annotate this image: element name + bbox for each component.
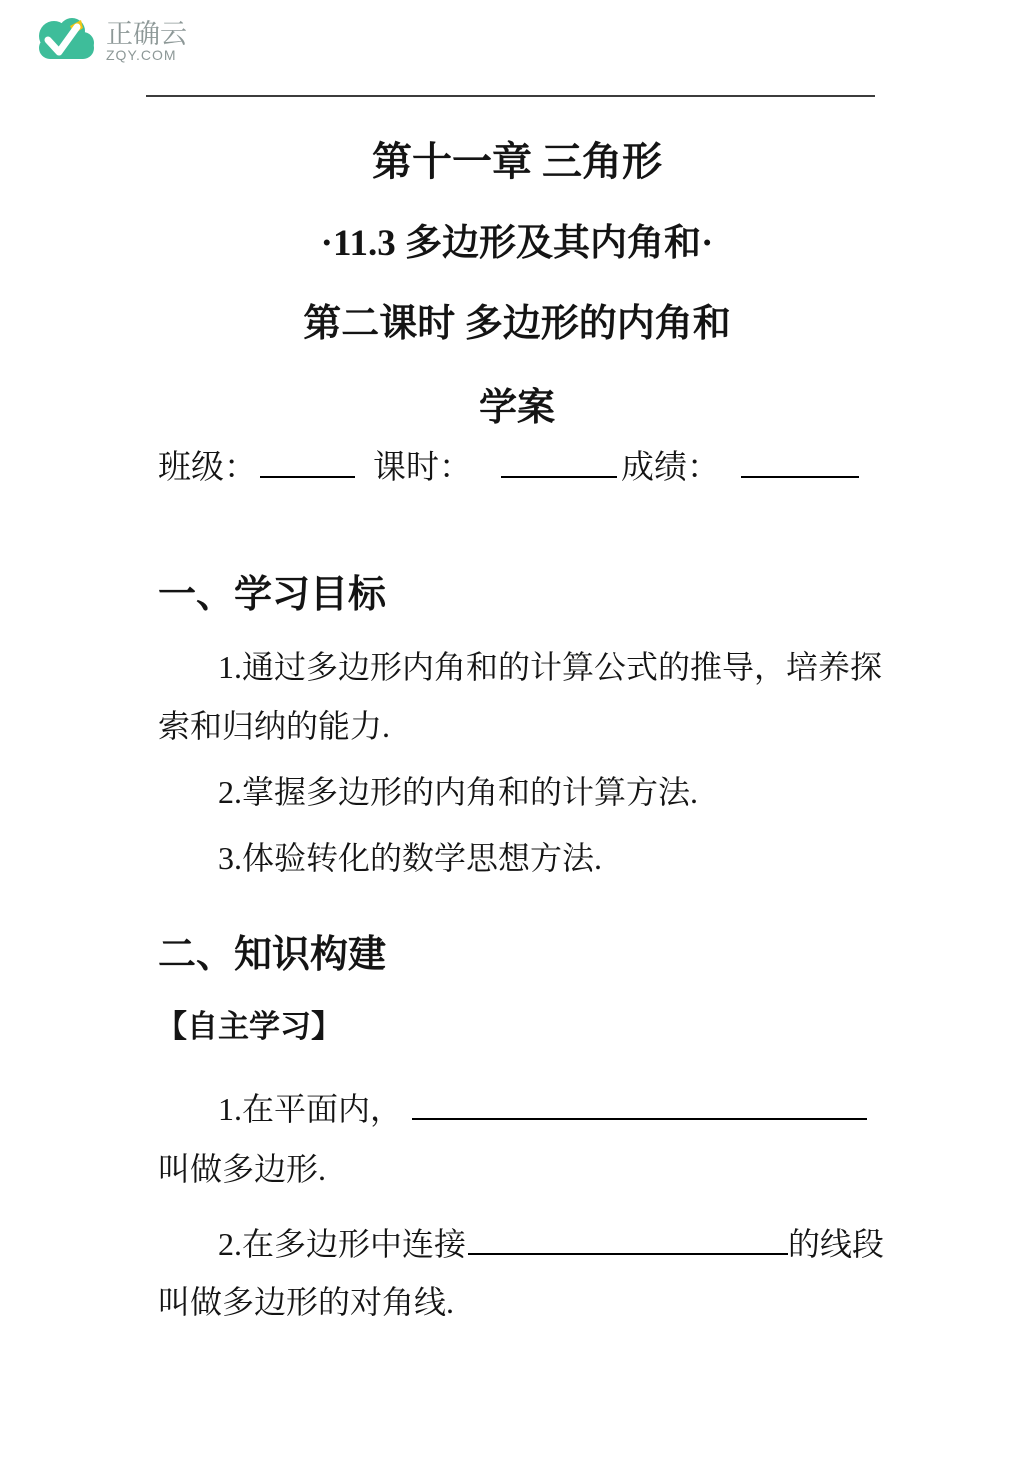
lesson-title: 第二课时 多边形的内角和 <box>117 292 917 347</box>
fill-1-blank <box>412 1082 867 1120</box>
fill-2-mid: 的线段 <box>788 1226 884 1262</box>
score-label: 成绩： <box>621 450 720 486</box>
class-label: 班级： <box>158 450 257 486</box>
chapter-title: 第十一章 三角形 <box>117 130 917 187</box>
knowledge-heading: 二、知识构建 <box>158 933 386 979</box>
fill-1-prefix: 1.在平面内， <box>218 1091 402 1127</box>
section-title: ·11.3 多边形及其内角和· <box>117 212 917 266</box>
logo-brand-text: 正确云 <box>106 20 187 48</box>
top-divider <box>146 95 875 97</box>
zqy-logo: 正确云 ZQY.COM <box>33 13 187 70</box>
score-blank <box>741 440 859 478</box>
fill-2-suffix: 叫做多边形的对角线. <box>158 1283 454 1321</box>
cloud-check-icon <box>33 13 97 70</box>
objective-1-line-2: 索和归纳的能力. <box>158 707 390 745</box>
logo-domain-text: ZQY.COM <box>106 48 187 63</box>
fill-item-2: 2.在多边形中连接的线段 <box>218 1217 884 1263</box>
fill-item-1: 1.在平面内， <box>218 1082 867 1128</box>
objective-3: 3.体验转化的数学思想方法. <box>218 839 602 877</box>
fill-2-prefix: 2.在多边形中连接 <box>218 1226 466 1262</box>
class-blank <box>260 440 355 478</box>
title-block: 第十一章 三角形 ·11.3 多边形及其内角和· 第二课时 多边形的内角和 学案 <box>117 130 917 431</box>
worksheet-page: 正确云 ZQY.COM 第十一章 三角形 ·11.3 多边形及其内角和· 第二课… <box>0 0 1034 1462</box>
period-label: 课时： <box>373 450 472 486</box>
objective-1-line-1: 1.通过多边形内角和的计算公式的推导，培养探 <box>218 648 882 686</box>
fill-1-suffix: 叫做多边形. <box>158 1150 326 1188</box>
doc-type-title: 学案 <box>117 376 917 431</box>
objective-2: 2.掌握多边形的内角和的计算方法. <box>218 773 698 811</box>
fill-2-blank <box>468 1217 788 1255</box>
self-study-subheading: 【自主学习】 <box>156 1008 342 1045</box>
period-blank <box>501 440 617 478</box>
objectives-heading: 一、学习目标 <box>158 573 386 619</box>
info-line: 班级：课时：成绩： <box>158 440 859 489</box>
